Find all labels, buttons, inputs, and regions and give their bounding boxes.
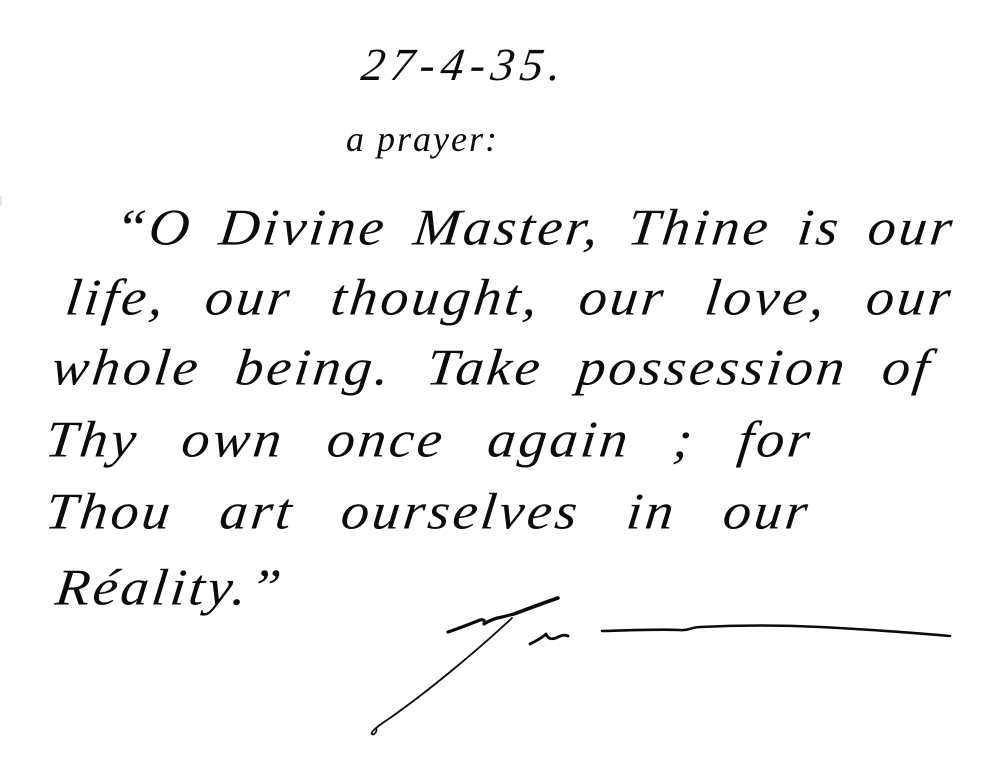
prayer-line-6: Réality.” xyxy=(53,559,287,618)
paper-edge-mark xyxy=(0,196,2,206)
note-heading: a prayer: xyxy=(346,118,499,160)
handwritten-note-page: 27-4-35. a prayer: “O Divine Master, Thi… xyxy=(0,0,990,782)
prayer-line-2: life, our thought, our love, our xyxy=(63,269,957,328)
prayer-line-4: Thy own once again ; for xyxy=(43,411,816,470)
note-date: 27-4-35. xyxy=(358,38,571,91)
prayer-line-5: Thou art ourselves in our xyxy=(43,483,814,542)
prayer-line-3: whole being. Take possession of xyxy=(49,339,936,398)
prayer-line-1: “O Divine Master, Thine is our xyxy=(112,199,959,258)
signature-scrawl-icon xyxy=(360,590,960,750)
